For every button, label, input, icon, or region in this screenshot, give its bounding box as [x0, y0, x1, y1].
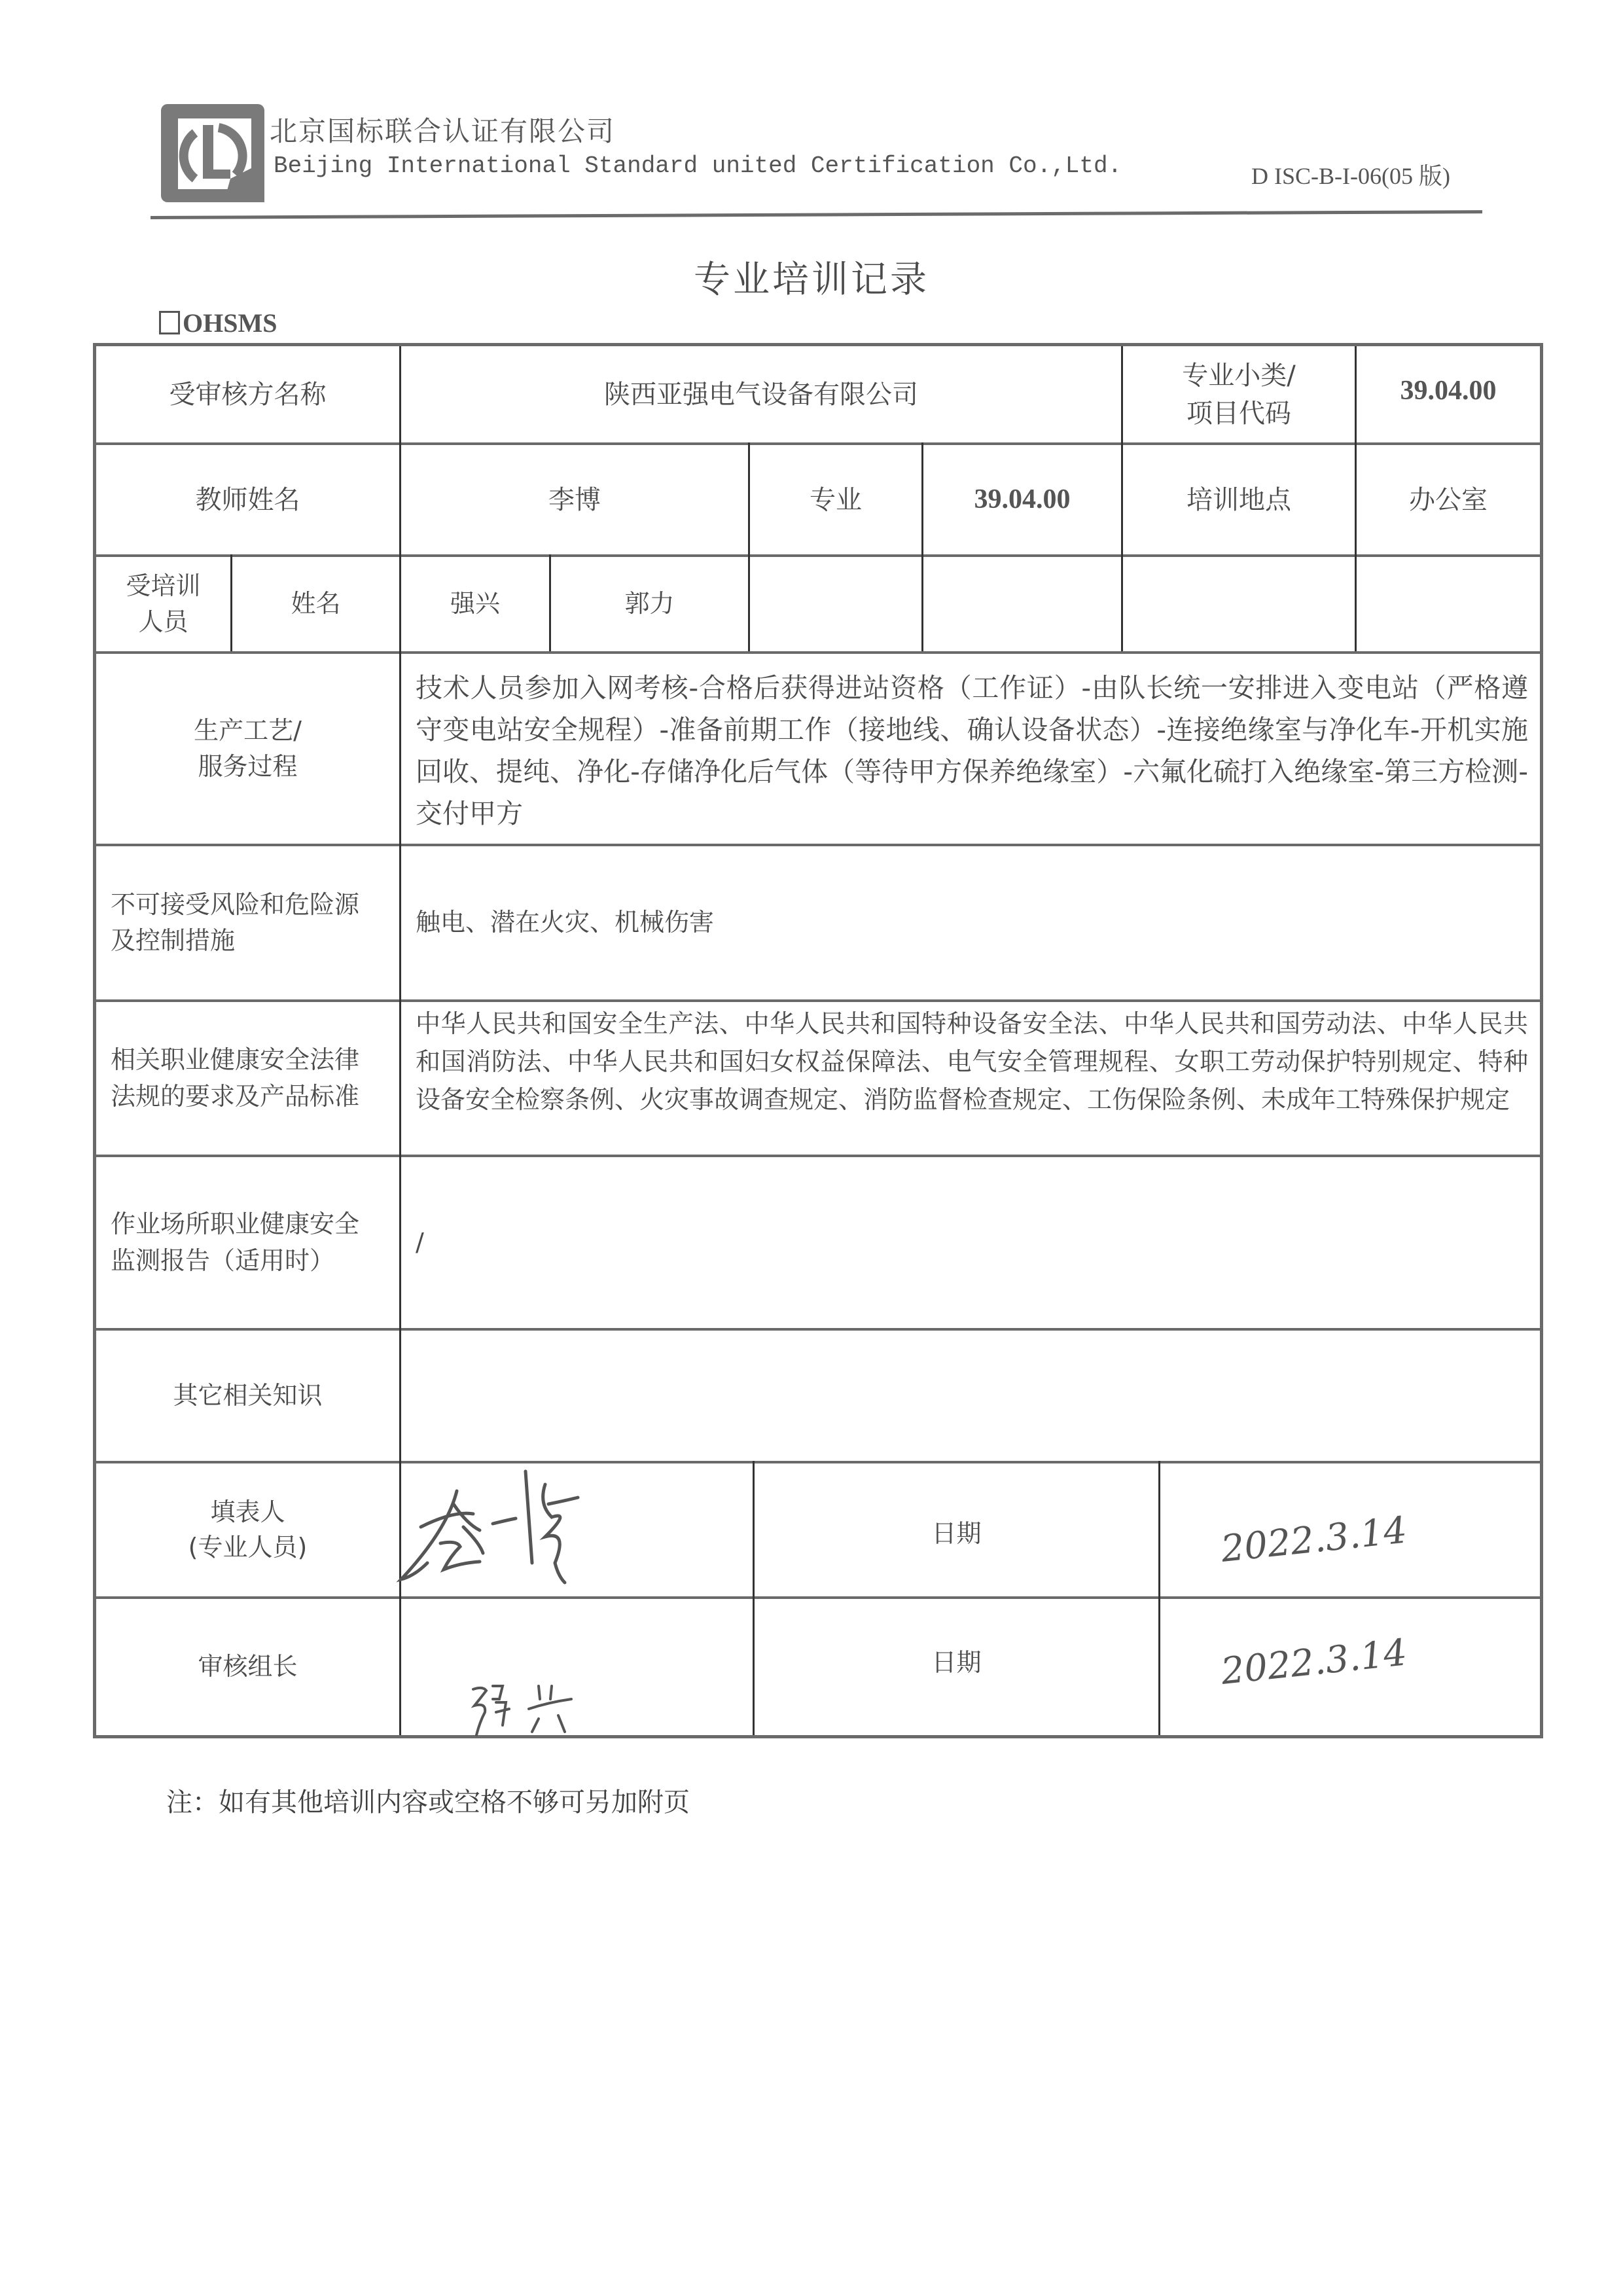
svg-text:2022.3.14: 2022.3.14 — [1222, 1632, 1409, 1693]
laws-label-line1: 相关职业健康安全法律 — [111, 1042, 359, 1078]
process-label-line2: 服务过程 — [198, 749, 297, 785]
risks-label-line1: 不可接受风险和危险源 — [111, 887, 359, 923]
filler-signature — [401, 1463, 753, 1596]
trainee-name-1-text: 强兴 — [450, 586, 500, 622]
trainee-name-label-text: 姓名 — [291, 586, 340, 622]
checkbox-icon[interactable] — [159, 311, 180, 334]
trainee-name-2: 郭力 — [551, 557, 748, 651]
svg-text:2022.3.14: 2022.3.14 — [1222, 1509, 1409, 1571]
process-value: 技术人员参加入网考核-合格后获得进站资格（工作证）-由队长统一安排进入变电站（严… — [401, 654, 1540, 844]
teacher-label: 教师姓名 — [96, 445, 399, 554]
monitoring-label-line2: 监测报告（适用时） — [111, 1243, 334, 1279]
company-name-cn: 北京国标联合认证有限公司 — [270, 110, 615, 149]
monitoring-label: 作业场所职业健康安全 监测报告（适用时） — [96, 1157, 399, 1328]
ohsms-label: OHSMS — [183, 308, 277, 338]
trainee-name-5 — [1123, 557, 1355, 651]
filler-label-line1: 填表人 — [210, 1495, 285, 1530]
company-name-en: Beijing International Standard united Ce… — [274, 152, 1122, 179]
risks-label-line2: 及控制措施 — [111, 923, 235, 959]
filler-date-handwriting-icon: 2022.3.14 — [1222, 1509, 1445, 1588]
footnote: 注：如有其他培训内容或空格不够可另加附页 — [166, 1782, 690, 1819]
teacher-value: 李博 — [401, 445, 748, 554]
major-value: 39.04.00 — [923, 445, 1121, 554]
leader-date-label-text: 日期 — [931, 1645, 981, 1681]
page-title: 专业培训记录 — [0, 251, 1623, 303]
trainees-label-line1: 受培训 — [126, 568, 200, 604]
other-knowledge-value — [401, 1331, 1540, 1461]
header-divider — [151, 210, 1482, 219]
filler-date-value: 2022.3.14 — [1160, 1463, 1540, 1596]
teacher-label-text: 教师姓名 — [196, 481, 300, 519]
location-label: 培训地点 — [1123, 445, 1355, 554]
code-value-text: 39.04.00 — [1400, 371, 1497, 411]
leader-signature — [401, 1599, 753, 1735]
isc-certification-logo-icon — [158, 101, 270, 206]
trainee-name-2-text: 郭力 — [624, 586, 674, 622]
risks-value-text: 触电、潜在火灾、机械伤害 — [416, 905, 714, 941]
filler-date-label-text: 日期 — [931, 1516, 981, 1552]
ohsms-checkbox[interactable]: OHSMS — [159, 308, 277, 338]
risks-value: 触电、潜在火灾、机械伤害 — [401, 846, 1540, 999]
trainee-name-1: 强兴 — [401, 557, 549, 651]
code-value: 39.04.00 — [1357, 346, 1540, 442]
location-value: 办公室 — [1357, 445, 1540, 554]
trainee-name-label: 姓名 — [232, 557, 399, 651]
filler-date-label: 日期 — [755, 1463, 1158, 1596]
process-label-line1: 生产工艺/ — [194, 713, 302, 749]
leader-date-label: 日期 — [755, 1599, 1158, 1735]
location-label-text: 培训地点 — [1186, 481, 1291, 519]
trainee-name-4 — [923, 557, 1121, 651]
auditee-label-text: 受审核方名称 — [169, 376, 327, 414]
risks-label: 不可接受风险和危险源 及控制措施 — [96, 846, 399, 999]
other-knowledge-label: 其它相关知识 — [96, 1331, 399, 1461]
code-label: 专业小类/ 项目代码 — [1123, 346, 1355, 442]
code-label-line1: 专业小类/ — [1182, 357, 1295, 395]
auditee-value: 陕西亚强电气设备有限公司 — [401, 346, 1121, 442]
process-value-text: 技术人员参加入网考核-合格后获得进站资格（工作证）-由队长统一安排进入变电站（严… — [416, 667, 1528, 834]
trainee-name-6 — [1357, 557, 1540, 651]
other-knowledge-label-text: 其它相关知识 — [173, 1378, 322, 1414]
trainees-label-line2: 人员 — [138, 604, 188, 640]
leader-signature-icon — [467, 1676, 597, 1742]
laws-value-text: 中华人民共和国安全生产法、中华人民共和国特种设备安全法、中华人民共和国劳动法、中… — [416, 1005, 1528, 1119]
filler-label: 填表人 (专业人员) — [96, 1463, 399, 1596]
teacher-value-text: 李博 — [548, 481, 601, 519]
auditee-label: 受审核方名称 — [96, 346, 399, 442]
document-code: D ISC-B-I-06(05 版) — [1251, 158, 1450, 191]
laws-value: 中华人民共和国安全生产法、中华人民共和国特种设备安全法、中华人民共和国劳动法、中… — [401, 1002, 1540, 1155]
monitoring-value-text: / — [416, 1225, 424, 1261]
leader-label-text: 审核组长 — [198, 1649, 297, 1685]
auditee-value-text: 陕西亚强电气设备有限公司 — [604, 376, 918, 414]
laws-label-line2: 法规的要求及产品标准 — [111, 1079, 359, 1115]
laws-label: 相关职业健康安全法律 法规的要求及产品标准 — [96, 1002, 399, 1155]
trainees-label: 受培训 人员 — [96, 557, 230, 651]
monitoring-value: / — [401, 1157, 1540, 1328]
major-value-text: 39.04.00 — [974, 480, 1071, 520]
leader-date-value: 2022.3.14 — [1160, 1599, 1540, 1735]
filler-signature-icon — [395, 1465, 617, 1596]
leader-date-handwriting-icon: 2022.3.14 — [1222, 1632, 1445, 1710]
major-label-text: 专业 — [810, 481, 862, 519]
trainee-name-3 — [750, 557, 921, 651]
filler-label-line2: (专业人员) — [188, 1530, 308, 1565]
process-label: 生产工艺/ 服务过程 — [96, 654, 399, 844]
major-label: 专业 — [750, 445, 921, 554]
code-label-line2: 项目代码 — [1186, 395, 1291, 433]
leader-label: 审核组长 — [96, 1599, 399, 1735]
location-value-text: 办公室 — [1409, 481, 1488, 519]
training-record-table: 受审核方名称 陕西亚强电气设备有限公司 专业小类/ 项目代码 39.04.00 … — [93, 343, 1543, 1738]
monitoring-label-line1: 作业场所职业健康安全 — [111, 1206, 359, 1242]
